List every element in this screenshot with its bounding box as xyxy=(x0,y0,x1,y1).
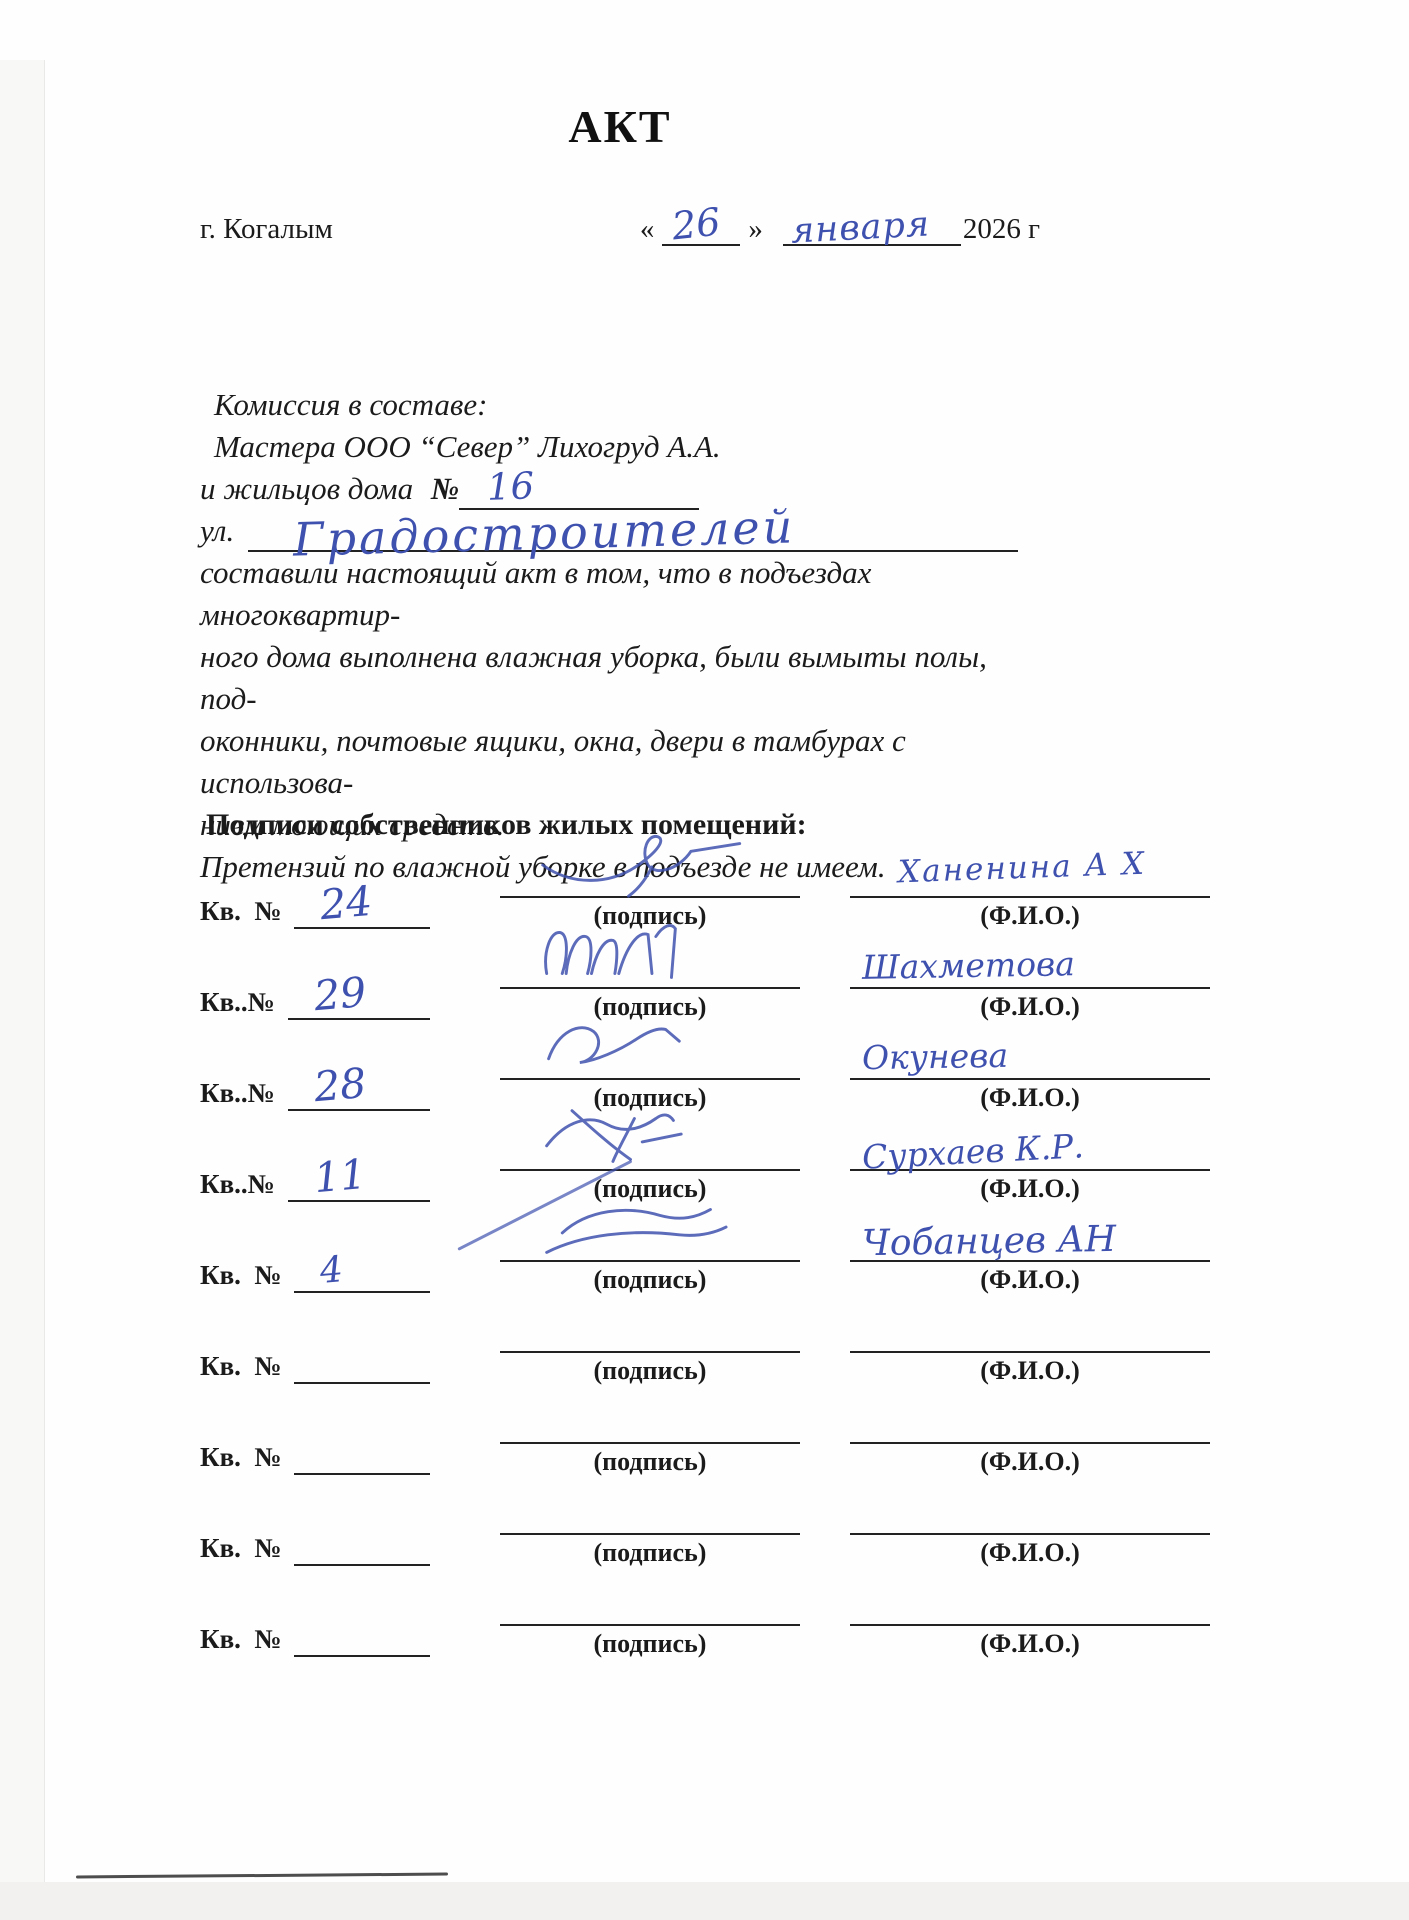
apartment-cell: Кв..№ 11 xyxy=(200,1156,430,1202)
signature-scribble-icon xyxy=(525,1008,775,1086)
name-caption: (Ф.И.О.) xyxy=(850,1262,1210,1293)
house-prefix: и жильцов дома xyxy=(200,471,421,506)
apartment-cell: Кв..№ 29 xyxy=(200,974,430,1020)
signature-cell: (подпись) xyxy=(500,1018,800,1111)
scan-page-edge xyxy=(0,60,45,1920)
apartment-label: Кв. № xyxy=(200,1351,288,1384)
handwritten-apartment-number: 24 xyxy=(318,877,374,929)
street-underline: Градостроителей xyxy=(248,512,1018,552)
apartment-cell: Кв. № xyxy=(200,1520,430,1566)
signature-row: Кв. № (подпись) (Ф.И.О.) xyxy=(200,1566,1210,1657)
signature-cell: (подпись) xyxy=(500,836,800,929)
open-quote: « xyxy=(634,213,661,246)
name-caption: (Ф.И.О.) xyxy=(850,1080,1210,1111)
name-caption: (Ф.И.О.) xyxy=(850,1626,1210,1657)
document-title: АКТ xyxy=(200,100,1040,153)
scanned-document-page: АКТ г. Когалым « 26 » января 2026 г Коми… xyxy=(0,0,1409,1920)
handwritten-name: Окунева xyxy=(862,1036,1009,1078)
apartment-number-line xyxy=(294,1429,430,1475)
street-line: ул.Градостроителей xyxy=(200,510,1040,552)
close-quote: » xyxy=(742,213,769,246)
signature-row: Кв..№ 29 (подпись) Шахметова (Ф.И.О.) xyxy=(200,929,1210,1020)
name-write-zone xyxy=(850,1564,1210,1624)
name-cell: Сурхаев К.Р. (Ф.И.О.) xyxy=(850,1109,1210,1202)
apartment-number-line xyxy=(294,1520,430,1566)
handwritten-apartment-number: 29 xyxy=(312,968,368,1020)
signature-cell: (подпись) xyxy=(500,1564,800,1657)
apartment-number-line xyxy=(294,1338,430,1384)
signature-rows: Кв. № 24 (подпись) Ханенина А Х (Ф.И.О.)… xyxy=(200,838,1210,1657)
name-caption: (Ф.И.О.) xyxy=(850,898,1210,929)
signature-cell: (подпись) xyxy=(500,1382,800,1475)
paragraph-line: ного дома выполнена влажная уборка, были… xyxy=(200,636,1040,720)
apartment-cell: Кв..№ 28 xyxy=(200,1065,430,1111)
name-cell: Шахметова (Ф.И.О.) xyxy=(850,927,1210,1020)
signature-caption: (подпись) xyxy=(500,1626,800,1657)
signature-scribble-icon xyxy=(525,1190,775,1268)
name-caption: (Ф.И.О.) xyxy=(850,1535,1210,1566)
apartment-number-line: 11 xyxy=(288,1156,430,1202)
apartment-label: Кв. № xyxy=(200,896,288,929)
year-label: 2026 г xyxy=(963,213,1040,246)
month-underline: января xyxy=(783,210,961,246)
handwritten-day: 26 xyxy=(670,200,723,249)
signature-row: Кв..№ 28 (подпись) Окунева (Ф.И.О.) xyxy=(200,1020,1210,1111)
scan-artifact-line xyxy=(76,1873,448,1879)
name-cell: (Ф.И.О.) xyxy=(850,1382,1210,1475)
signature-write-zone xyxy=(500,1564,800,1624)
signature-cell: (подпись) xyxy=(500,1291,800,1384)
paragraph-line: оконники, почтовые ящики, окна, двери в … xyxy=(200,720,1040,804)
name-write-zone xyxy=(850,1382,1210,1442)
name-write-zone xyxy=(850,1473,1210,1533)
signature-scribble-icon xyxy=(525,1099,775,1177)
apartment-number-line: 29 xyxy=(288,974,430,1020)
signature-cell: (подпись) xyxy=(500,1200,800,1293)
name-cell: Ханенина А Х (Ф.И.О.) xyxy=(850,836,1210,929)
signature-caption: (подпись) xyxy=(500,1353,800,1384)
name-caption: (Ф.И.О.) xyxy=(850,989,1210,1020)
name-write-zone: Окунева xyxy=(850,1018,1210,1078)
apartment-cell: Кв. № 4 xyxy=(200,1247,430,1293)
handwritten-apartment-number: 28 xyxy=(312,1059,368,1111)
name-write-zone: Ханенина А Х xyxy=(850,836,1210,896)
signature-row: Кв. № (подпись) (Ф.И.О.) xyxy=(200,1384,1210,1475)
city-label: г. Когалым xyxy=(200,213,333,246)
signature-cell: (подпись) xyxy=(500,1109,800,1202)
apartment-cell: Кв. № xyxy=(200,1611,430,1657)
name-caption: (Ф.И.О.) xyxy=(850,1444,1210,1475)
street-prefix: ул. xyxy=(200,513,234,548)
name-cell: Окунева (Ф.И.О.) xyxy=(850,1018,1210,1111)
handwritten-name: Ханенина А Х xyxy=(897,846,1146,891)
signature-write-zone xyxy=(500,1200,800,1260)
handwritten-apartment-number: 11 xyxy=(312,1150,368,1202)
signature-write-zone xyxy=(500,1109,800,1169)
signature-scribble-icon xyxy=(525,826,775,904)
date-block: « 26 » января 2026 г xyxy=(634,210,1040,246)
handwritten-name: Чобанцев АН xyxy=(862,1219,1117,1264)
name-write-zone: Чобанцев АН xyxy=(850,1200,1210,1260)
day-underline: 26 xyxy=(662,210,740,246)
signature-scribble-icon xyxy=(525,917,775,995)
signature-write-zone xyxy=(500,1382,800,1442)
apartment-label: Кв. № xyxy=(200,1624,288,1657)
apartment-cell: Кв. № xyxy=(200,1429,430,1475)
name-write-zone: Сурхаев К.Р. xyxy=(850,1109,1210,1169)
name-cell: (Ф.И.О.) xyxy=(850,1564,1210,1657)
apartment-label: Кв..№ xyxy=(200,1078,282,1111)
name-write-zone: Шахметова xyxy=(850,927,1210,987)
name-cell: Чобанцев АН (Ф.И.О.) xyxy=(850,1200,1210,1293)
signature-row: Кв. № 4 (подпись) Чобанцев АН (Ф.И.О.) xyxy=(200,1202,1210,1293)
scan-bottom-shadow xyxy=(0,1882,1409,1920)
signature-write-zone xyxy=(500,1291,800,1351)
handwritten-month: января xyxy=(790,204,931,251)
name-cell: (Ф.И.О.) xyxy=(850,1291,1210,1384)
apartment-cell: Кв. № 24 xyxy=(200,883,430,929)
name-caption: (Ф.И.О.) xyxy=(850,1171,1210,1202)
apartment-number-line: 28 xyxy=(288,1065,430,1111)
handwritten-street: Градостроителей xyxy=(293,505,796,560)
signature-write-zone xyxy=(500,1473,800,1533)
name-caption: (Ф.И.О.) xyxy=(850,1353,1210,1384)
apartment-cell: Кв. № xyxy=(200,1338,430,1384)
meta-row: г. Когалым « 26 » января 2026 г xyxy=(200,210,1040,246)
apartment-number-line: 4 xyxy=(294,1247,430,1293)
commission-line: Комиссия в составе: xyxy=(200,384,1040,426)
signature-row: Кв. № 24 (подпись) Ханенина А Х (Ф.И.О.) xyxy=(200,838,1210,929)
name-write-zone xyxy=(850,1291,1210,1351)
master-line: Мастера ООО “Север” Лихогруд А.А. xyxy=(200,426,1040,468)
signature-write-zone xyxy=(500,1018,800,1078)
apartment-label: Кв. № xyxy=(200,1533,288,1566)
signature-caption: (подпись) xyxy=(500,1444,800,1475)
apartment-label: Кв..№ xyxy=(200,987,282,1020)
apartment-label: Кв. № xyxy=(200,1442,288,1475)
signature-row: Кв..№ 11 (подпись) Сурхаев К.Р. (Ф.И.О.) xyxy=(200,1111,1210,1202)
apartment-label: Кв. № xyxy=(200,1260,288,1293)
name-cell: (Ф.И.О.) xyxy=(850,1473,1210,1566)
signature-write-zone xyxy=(500,836,800,896)
signature-row: Кв. № (подпись) (Ф.И.О.) xyxy=(200,1293,1210,1384)
apartment-number-line: 24 xyxy=(294,883,430,929)
apartment-label: Кв..№ xyxy=(200,1169,282,1202)
signature-caption: (подпись) xyxy=(500,1535,800,1566)
signature-cell: (подпись) xyxy=(500,1473,800,1566)
number-sign: № xyxy=(421,471,459,506)
handwritten-apartment-number: 4 xyxy=(319,1249,345,1292)
handwritten-name: Шахметова xyxy=(862,944,1076,987)
signature-write-zone xyxy=(500,927,800,987)
handwritten-house-number: 16 xyxy=(487,465,536,509)
apartment-number-line xyxy=(294,1611,430,1657)
signature-cell: (подпись) xyxy=(500,927,800,1020)
signature-row: Кв. № (подпись) (Ф.И.О.) xyxy=(200,1475,1210,1566)
